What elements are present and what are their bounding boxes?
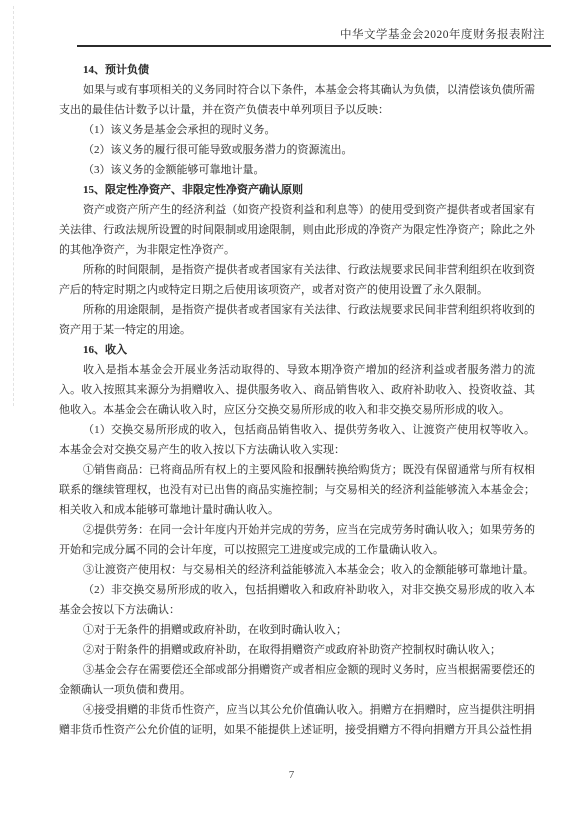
paragraph: 资产或资产所产生的经济利益（如资产投资利益和利息等）的使用受到资产提供者或者国家…	[59, 200, 535, 260]
document-page: 中华文学基金会2020年度财务报表附注 14、预计负债 如果与或有事项相关的义务…	[0, 0, 583, 837]
list-item: ①对于无条件的捐赠或政府补助，在收到时确认收入；	[59, 620, 535, 640]
list-item: ④接受捐赠的非货币性资产，应当以其公允价值确认收入。捐赠方在捐赠时，应当提供注明…	[59, 700, 535, 740]
scan-edge-artifact	[13, 6, 14, 406]
list-item: ①销售商品：已将商品所有权上的主要风险和报酬转换给购货方；既没有保留通常与所有权…	[59, 460, 535, 520]
list-item: ③基金会存在需要偿还全部或部分捐赠资产或者相应金额的现时义务时，应当根据需要偿还…	[59, 660, 535, 700]
list-item: ②对于附条件的捐赠或政府补助，在取得捐赠资产或政府补助资产控制权时确认收入；	[59, 640, 535, 660]
section-heading: 16、收入	[59, 340, 535, 360]
section-heading: 15、限定性净资产、非限定性净资产确认原则	[59, 180, 535, 200]
paragraph: 如果与或有事项相关的义务同时符合以下条件，本基金会将其确认为负债，以清偿该负债所…	[59, 80, 535, 120]
page-number: 7	[0, 769, 583, 781]
document-content: 14、预计负债 如果与或有事项相关的义务同时符合以下条件，本基金会将其确认为负债…	[59, 60, 535, 740]
section-estimated-liabilities: 14、预计负债 如果与或有事项相关的义务同时符合以下条件，本基金会将其确认为负债…	[59, 60, 535, 180]
section-heading: 14、预计负债	[59, 60, 535, 80]
list-item: （3）该义务的金额能够可靠地计量。	[59, 160, 535, 180]
list-item: （1）该义务是基金会承担的现时义务。	[59, 120, 535, 140]
paragraph: （2）非交换交易所形成的收入，包括捐赠收入和政府补助收入，对非交换交易形成的收入…	[59, 580, 535, 620]
header-rule	[77, 45, 551, 47]
paragraph: 所称的时间限制，是指资产提供者或者国家有关法律、行政法规要求民间非营利组织在收到…	[59, 260, 535, 300]
list-item: （2）该义务的履行很可能导致或服务潜力的资源流出。	[59, 140, 535, 160]
list-item: ②提供劳务：在同一会计年度内开始并完成的劳务，应当在完成劳务时确认收入；如果劳务…	[59, 520, 535, 560]
header-title: 中华文学基金会2020年度财务报表附注	[340, 26, 545, 42]
paragraph: 所称的用途限制，是指资产提供者或者国家有关法律、行政法规要求民间非营利组织将收到…	[59, 300, 535, 340]
section-revenue: 16、收入 收入是指本基金会开展业务活动取得的、导致本期净资产增加的经济利益或者…	[59, 340, 535, 740]
list-item: ③让渡资产使用权：与交易相关的经济利益能够流入本基金会；收入的金额能够可靠地计量…	[59, 560, 535, 580]
paragraph: 收入是指本基金会开展业务活动取得的、导致本期净资产增加的经济利益或者服务潜力的流…	[59, 360, 535, 420]
paragraph: （1）交换交易所形成的收入，包括商品销售收入、提供劳务收入、让渡资产使用权等收入…	[59, 420, 535, 460]
section-restricted-net-assets: 15、限定性净资产、非限定性净资产确认原则 资产或资产所产生的经济利益（如资产投…	[59, 180, 535, 340]
